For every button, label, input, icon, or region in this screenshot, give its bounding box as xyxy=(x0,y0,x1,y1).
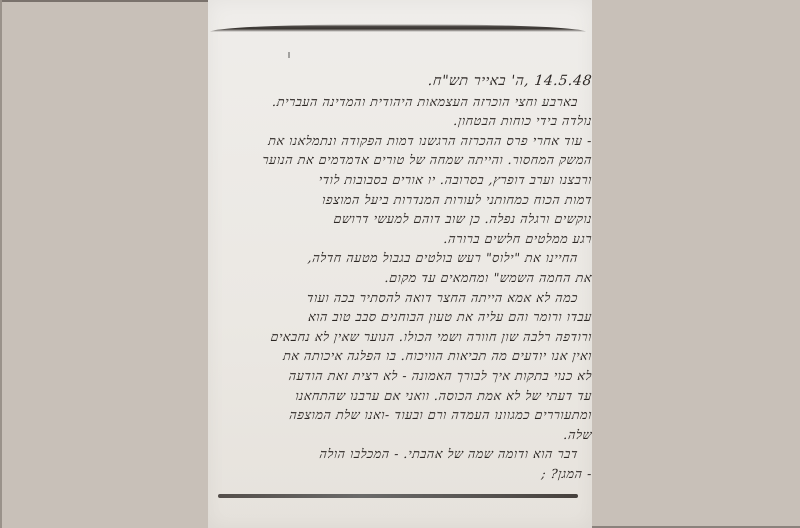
text-line: רגע ממלטים חלשים ברורה. xyxy=(221,229,593,249)
ink-speck xyxy=(288,52,290,58)
text-line: כמה לא אמא הייתה החצר דואה להסתיר בכה וע… xyxy=(221,288,593,308)
text-line: בארבע וחצי הוכרזה העצמאות היהודית והמדינ… xyxy=(221,92,593,112)
text-line: את החמה השמש" ומחמאים עד מקום. xyxy=(221,268,593,288)
text-line: נולדה בידי כוחות הבטחון. xyxy=(221,111,593,131)
text-line: עבדו ורומר והם עליה את טעון הבוחנים סבב … xyxy=(221,307,593,327)
text-line: ורודפה רלבה שון חוורה ושמי הכולו. הנוער … xyxy=(221,327,593,347)
text-line: החיינו את "ילוס" רעש בולטים בגבול מטעה ח… xyxy=(221,248,593,268)
text-line: ואין אנו יודעים מה תביאות הוויכוח. בו הפ… xyxy=(221,346,593,366)
text-line: דבר הוא ודומה שמה של אהבתי. - המכלבו הול… xyxy=(221,444,593,464)
text-line: עד דעתי של לא אמת הכוסה. וואני אם ערבנו … xyxy=(221,386,593,406)
letter-body: 14.5.48 ,ה' באייר תש"ח. בארבע וחצי הוכרז… xyxy=(222,72,592,483)
text-line: ורבצנו וערב דופרץ, בסרובה. יו אורים בסבו… xyxy=(221,170,593,190)
text-line: ומתעוררים כמגוונו העמדה ורם ובעוד -ואנו … xyxy=(221,405,593,425)
text-line: - המגן? ; xyxy=(221,464,593,484)
bottom-ink-rule xyxy=(218,494,578,498)
text-line: דמות הכוח כמחותני לעורות המנדרות ביעל המ… xyxy=(221,190,593,210)
frame-top-edge xyxy=(0,0,208,2)
frame-left-edge xyxy=(0,0,2,528)
handwritten-page: 14.5.48 ,ה' באייר תש"ח. בארבע וחצי הוכרז… xyxy=(208,0,592,528)
text-line: נוקשים ורגלה נפלה. כן שוב דוהם למעשי דרו… xyxy=(221,209,593,229)
date-line: 14.5.48 ,ה' באייר תש"ח. xyxy=(221,72,593,92)
text-line: שלה. xyxy=(221,425,593,445)
text-line: לא כנוי בתקות איך לבורך האמונה - לא רצית… xyxy=(221,366,593,386)
text-line: - עוד אחרי פרס ההכרזה הרגשנו דמות הפקודה… xyxy=(221,131,593,151)
text-line: המשק המחסור. והייתה שמחה של טורים אדמדמי… xyxy=(221,150,593,170)
top-ink-rule xyxy=(210,24,586,32)
